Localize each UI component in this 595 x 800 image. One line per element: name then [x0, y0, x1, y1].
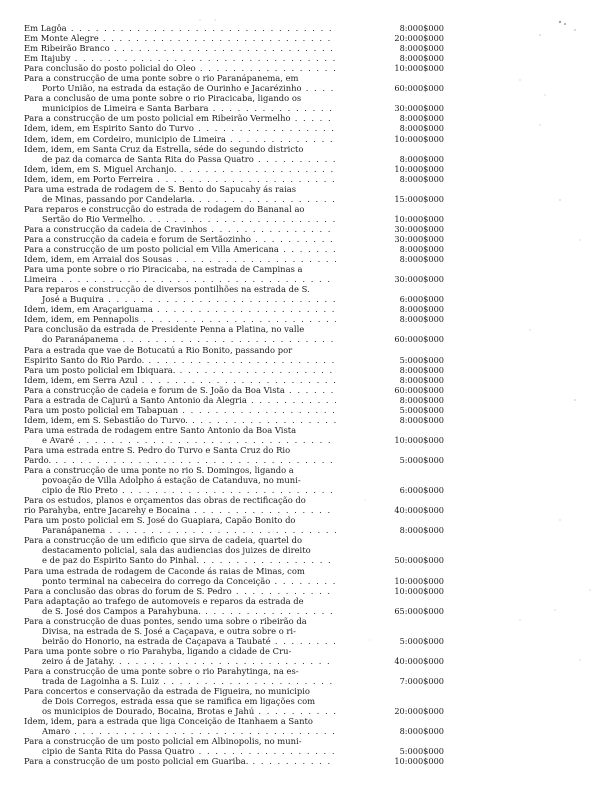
entry-amount: 60:000$000: [374, 385, 444, 395]
budget-entry: Em Lagôa8:000$000: [24, 23, 584, 33]
entry-description: Idem, idem, em Serra Azul: [24, 375, 336, 385]
entry-line: Idem, idem, em Pennapolis: [24, 314, 336, 324]
entry-amount: 10:000$000: [374, 134, 444, 144]
entry-amount: 10:000$000: [374, 586, 444, 596]
entry-line: destacamento policial, sala das audienci…: [24, 545, 336, 555]
entry-line: Para uma ponte sobre o rio Parahyba, lig…: [24, 646, 336, 656]
entry-line: de paz da comarca de Santa Rita do Passa…: [24, 154, 336, 164]
budget-entry: Idem, idem, em S. Miguel Archanjo.10:000…: [24, 164, 584, 174]
entry-description: Para a conclusão das obras do forum de S…: [24, 586, 336, 596]
entry-description: Para reparos e construcção de diversos p…: [24, 284, 336, 304]
entry-description: Para um posto policial em S. José do Gua…: [24, 515, 336, 535]
budget-entry: Para a construcção da cadeia e forum de …: [24, 234, 584, 244]
budget-entry: Idem, idem, em Serra Azul8:000$000: [24, 375, 584, 385]
entry-line: Para a construcção de uma ponte sobre o …: [24, 666, 336, 676]
budget-entry: Para a construcção de duas pontes, sendo…: [24, 616, 584, 646]
entry-description: Idem, idem, em Arraial dos Sousas: [24, 254, 336, 264]
budget-entry: Para a construcção de um posto policial …: [24, 756, 584, 766]
budget-entry: Para reparos e construcção de diversos p…: [24, 284, 584, 304]
entry-description: Idem, idem, em Espirito Santo do Turvo: [24, 123, 336, 133]
entry-description: Para a estrada de Cajurú a Santo Antonio…: [24, 395, 336, 405]
entry-amount: 8:000$000: [374, 113, 444, 123]
entry-line: beirão do Honorio, na estrada de Caçapav…: [24, 636, 336, 646]
entry-description: Para a construcção de um posto policial …: [24, 736, 336, 756]
entry-description: Para a construcção de um posto policial …: [24, 244, 336, 254]
entry-amount: 65:000$000: [374, 606, 444, 616]
entry-amount: 8:000$000: [374, 726, 444, 736]
entry-amount: 60:000$000: [374, 334, 444, 344]
budget-entry: Para a conclusão das obras do forum de S…: [24, 586, 584, 596]
budget-entry: Para uma estrada de rodagem de Caconde á…: [24, 566, 584, 586]
budget-entry: Para conclusão da estrada de Presidente …: [24, 324, 584, 344]
entry-amount: 8:000$000: [374, 123, 444, 133]
entry-amount: 50:000$000: [374, 555, 444, 565]
entry-amount: 8:000$000: [374, 53, 444, 63]
entry-description: Para uma estrada de rodagem entre Santo …: [24, 425, 336, 445]
entry-amount: 10:000$000: [374, 435, 444, 445]
entry-description: Para a construcção de uma ponte sobre o …: [24, 73, 336, 93]
entry-description: Idem, idem, em Pennapolis: [24, 314, 336, 324]
budget-entry: Para um posto policial em Ibiquara.8:000…: [24, 365, 584, 375]
budget-entry: Para os estudos, planos e orçamentos das…: [24, 495, 584, 515]
budget-entry: Para a construcção de um posto policial …: [24, 244, 584, 254]
entry-description: Para uma ponte sobre o rio Piracicaba, n…: [24, 264, 336, 284]
entry-line: Para uma ponte sobre o rio Piracicaba, n…: [24, 264, 336, 274]
entry-line: cipio de Rio Preto: [24, 485, 336, 495]
entry-line: municipios de Limeira e Santa Barbara: [24, 103, 336, 113]
budget-entry: Idem, idem, em Espirito Santo do Turvo8:…: [24, 123, 584, 133]
entry-line: de Minas, passando por Candelaria.: [24, 194, 336, 204]
budget-entry: Para reparos e construcção do estrada de…: [24, 204, 584, 224]
entry-line: de S. José dos Campos a Parahybuna.: [24, 606, 336, 616]
budget-entry: Idem, idem, em Pennapolis8:000$000: [24, 314, 584, 324]
entry-line: Para uma estrada de rodagem de S. Bento …: [24, 184, 336, 194]
budget-entry: Para a construcção de uma ponte sobre o …: [24, 73, 584, 93]
budget-entry: Para concertos e conservação da estrada …: [24, 686, 584, 716]
budget-entry: Idem, idem, em Porto Ferreira8:000$000: [24, 174, 584, 184]
entry-description: Para a construcção da cadeia e forum de …: [24, 234, 336, 244]
entry-amount: 5:000$000: [374, 636, 444, 646]
entry-line: Para adaptação ao trafego de automoveis …: [24, 596, 336, 606]
entry-description: Para a construcção de um posto policial …: [24, 113, 336, 123]
entry-line: Para reparos e construcção de diversos p…: [24, 284, 336, 294]
entry-line: Para a estrada de Cajurú a Santo Antonio…: [24, 395, 336, 405]
entry-amount: 10:000$000: [374, 576, 444, 586]
entry-amount: 8:000$000: [374, 304, 444, 314]
budget-entry: Em Itajuby8:000$000: [24, 53, 584, 63]
budget-entry: Para uma ponte sobre o rio Piracicaba, n…: [24, 264, 584, 284]
budget-entry: Para a construcção de um edificio que si…: [24, 535, 584, 565]
entry-line: e Avaré: [24, 435, 336, 445]
entry-amount: 7:000$000: [374, 676, 444, 686]
entry-line: Para concertos e conservação da estrada …: [24, 686, 336, 696]
entry-line: Em Monte Alegre: [24, 33, 336, 43]
budget-entry: Para conclusão do posto policial do Oleo…: [24, 63, 584, 73]
entry-amount: 30:000$000: [374, 234, 444, 244]
entry-line: Limeira: [24, 274, 336, 284]
entry-line: Para os estudos, planos e orçamentos das…: [24, 495, 336, 505]
document-page: Em Lagôa8:000$000Em Monte Alegre20:000$0…: [24, 23, 584, 766]
entry-amount: 8:000$000: [374, 23, 444, 33]
entry-line: Para uma estrada entre S. Pedro do Turvo…: [24, 445, 336, 455]
entry-line: os municipios de Dourado, Bocaina, Brota…: [24, 706, 336, 716]
entry-line: Porto União, na estrada da estação de Ou…: [24, 83, 336, 93]
entry-line: cipio de Santa Rita do Passa Quatro: [24, 746, 336, 756]
entry-line: Para a construcção de duas pontes, sendo…: [24, 616, 336, 626]
entry-description: Para conclusão da estrada de Presidente …: [24, 324, 336, 344]
entry-description: Para os estudos, planos e orçamentos das…: [24, 495, 336, 515]
entry-amount: 40:000$000: [374, 505, 444, 515]
entry-line: Pardo.: [24, 455, 336, 465]
entry-line: Em Itajuby: [24, 53, 336, 63]
entry-description: Para a construcção da cadeia de Cravinho…: [24, 224, 336, 234]
entry-line: Para reparos e construcção do estrada de…: [24, 204, 336, 214]
entry-line: trada de Lagoinha a S. Luiz: [24, 676, 336, 686]
entry-amount: 10:000$000: [374, 756, 444, 766]
entry-description: Idem, idem, em Santa Cruz da Estrella, s…: [24, 144, 336, 164]
entry-description: Em Ribeirão Branco: [24, 43, 336, 53]
entry-line: Idem, idem, em Serra Azul: [24, 375, 336, 385]
entry-line: Idem, idem, em Cordeiro, municipio de Li…: [24, 134, 336, 144]
entry-line: Idem, idem, em S. Miguel Archanjo.: [24, 164, 336, 174]
entry-description: Idem, idem, em S. Sebastião do Turvo.: [24, 415, 336, 425]
entry-line: Para a construcção de um posto policial …: [24, 244, 336, 254]
entry-line: Para um posto policial em Ibiquara.: [24, 365, 336, 375]
entry-line: povoação de Villa Adolpho á estação de C…: [24, 475, 336, 485]
entry-amount: 15:000$000: [374, 194, 444, 204]
budget-entry: Para adaptação ao trafego de automoveis …: [24, 596, 584, 616]
entry-amount: 5:000$000: [374, 355, 444, 365]
entry-line: Para a construcção de cadeia e forum de …: [24, 385, 336, 395]
entry-description: Para adaptação ao trafego de automoveis …: [24, 596, 336, 616]
budget-entry: Para a estrada de Cajurú a Santo Antonio…: [24, 395, 584, 405]
entry-line: de Dois Corregos, estrada essa que se ra…: [24, 696, 336, 706]
entry-amount: 30:000$000: [374, 224, 444, 234]
entry-line: Para a estrada que vae de Botucatú a Rio…: [24, 345, 336, 355]
entry-amount: 40:000$000: [374, 656, 444, 666]
entry-amount: 8:000$000: [374, 314, 444, 324]
entry-description: Para a construcção de cadeia e forum de …: [24, 385, 336, 395]
entry-description: Idem, idem, em Cordeiro, municipio de Li…: [24, 134, 336, 144]
budget-entry: Em Monte Alegre20:000$000: [24, 33, 584, 43]
entry-line: zeiro á de Jatahy.: [24, 656, 336, 666]
entry-amount: 5:000$000: [374, 746, 444, 756]
entry-amount: 8:000$000: [374, 154, 444, 164]
entry-description: Para concertos e conservação da estrada …: [24, 686, 336, 716]
entry-line: Para a construcção de uma ponte no rio S…: [24, 465, 336, 475]
entry-amount: 30:000$000: [374, 274, 444, 284]
entry-line: Para a conclusão de uma ponte sobre o ri…: [24, 93, 336, 103]
entry-amount: 6:000$000: [374, 294, 444, 304]
entry-line: Idem, idem, em Arraial dos Sousas: [24, 254, 336, 264]
entry-amount: 30:000$000: [374, 103, 444, 113]
entry-line: Paranápanema: [24, 525, 336, 535]
entry-amount: 6:000$000: [374, 485, 444, 495]
entry-amount: 8:000$000: [374, 365, 444, 375]
entry-line: Para a construcção de um posto policial …: [24, 113, 336, 123]
entry-amount: 5:000$000: [374, 405, 444, 415]
entry-amount: 20:000$000: [374, 33, 444, 43]
entry-line: Idem, idem, em Porto Ferreira: [24, 174, 336, 184]
entry-description: Em Monte Alegre: [24, 33, 336, 43]
budget-entry: Para um posto policial em Tabapuan5:000$…: [24, 405, 584, 415]
budget-entry: Idem, idem, em Araçariguama8:000$000: [24, 304, 584, 314]
entry-line: Divisa, na estrada de S. José a Caçapava…: [24, 626, 336, 636]
budget-entry: Para uma estrada de rodagem entre Santo …: [24, 425, 584, 445]
entry-line: Para a conclusão das obras do forum de S…: [24, 586, 336, 596]
entry-amount: 8:000$000: [374, 395, 444, 405]
entry-description: Para um posto policial em Tabapuan: [24, 405, 336, 415]
entry-line: Em Lagôa: [24, 23, 336, 33]
entry-description: Para uma estrada de rodagem de S. Bento …: [24, 184, 336, 204]
budget-entry: Idem, idem, em S. Sebastião do Turvo.8:0…: [24, 415, 584, 425]
entry-line: Para conclusão do posto policial do Oleo: [24, 63, 336, 73]
entry-line: Idem, idem, em Araçariguama: [24, 304, 336, 314]
budget-entry: Para a construcção de um posto policial …: [24, 736, 584, 756]
budget-entry: Idem, idem, para a estrada que liga Conc…: [24, 716, 584, 736]
entry-line: ponto terminal na cabeceira do corrego d…: [24, 576, 336, 586]
entry-amount: 10:000$000: [374, 214, 444, 224]
budget-entry: Em Ribeirão Branco8:000$000: [24, 43, 584, 53]
entry-amount: 8:000$000: [374, 415, 444, 425]
entry-amount: 10:000$000: [374, 164, 444, 174]
budget-entry: Para a construcção de um posto policial …: [24, 113, 584, 123]
entry-amount: 8:000$000: [374, 43, 444, 53]
entry-line: Amaro: [24, 726, 336, 736]
entry-description: Para a construcção de um edificio que si…: [24, 535, 336, 565]
entry-description: Para uma estrada de rodagem de Caconde á…: [24, 566, 336, 586]
entry-line: Em Ribeirão Branco: [24, 43, 336, 53]
entry-line: Para um posto policial em S. José do Gua…: [24, 515, 336, 525]
entry-line: Para a construcção da cadeia e forum de …: [24, 234, 336, 244]
budget-entry: Para a construcção de cadeia e forum de …: [24, 385, 584, 395]
entry-description: Para a estrada que vae de Botucatú a Rio…: [24, 345, 336, 365]
entry-line: rio Parahyba, entre Jacarehy e Bocaina: [24, 505, 336, 515]
budget-entry: Para a conclusão de uma ponte sobre o ri…: [24, 93, 584, 113]
entry-amount: 5:000$000: [374, 455, 444, 465]
entry-amount: 8:000$000: [374, 254, 444, 264]
entry-line: Para a construcção de um edificio que si…: [24, 535, 336, 545]
entry-description: Idem, idem, em S. Miguel Archanjo.: [24, 164, 336, 174]
entry-line: Idem, idem, para a estrada que liga Conc…: [24, 716, 336, 726]
entry-line: Idem, idem, em Espirito Santo do Turvo: [24, 123, 336, 133]
entry-description: Para um posto policial em Ibiquara.: [24, 365, 336, 375]
entry-amount: 60:000$000: [374, 83, 444, 93]
entry-line: Espirito Santo do Rio Pardo.: [24, 355, 336, 365]
entry-description: Para a construcção de um posto policial …: [24, 756, 336, 766]
budget-entry: Idem, idem, em Santa Cruz da Estrella, s…: [24, 144, 584, 164]
budget-entry: Idem, idem, em Cordeiro, municipio de Li…: [24, 134, 584, 144]
budget-entry: Para a estrada que vae de Botucatú a Rio…: [24, 345, 584, 365]
entry-line: Para uma estrada de rodagem de Caconde á…: [24, 566, 336, 576]
entry-line: Para a construcção da cadeia de Cravinho…: [24, 224, 336, 234]
budget-entry: Para um posto policial em S. José do Gua…: [24, 515, 584, 535]
entry-line: Para a construcção de um posto policial …: [24, 736, 336, 746]
entry-description: Para a construcção de uma ponte sobre o …: [24, 666, 336, 686]
entry-line: Para a construcção de uma ponte sobre o …: [24, 73, 336, 83]
entry-description: Para a conclusão de uma ponte sobre o ri…: [24, 93, 336, 113]
budget-entry: Para uma ponte sobre o rio Parahyba, lig…: [24, 646, 584, 666]
entry-line: e de paz do Espirito Santo do Pinhal.: [24, 555, 336, 565]
entry-description: Em Itajuby: [24, 53, 336, 63]
budget-entry: Para a construcção da cadeia de Cravinho…: [24, 224, 584, 234]
entry-description: Para uma estrada entre S. Pedro do Turvo…: [24, 445, 336, 465]
entry-amount: 10:000$000: [374, 63, 444, 73]
entry-description: Idem, idem, em Araçariguama: [24, 304, 336, 314]
entry-line: Sertão do Rio Vermelho.: [24, 214, 336, 224]
entry-description: Idem, idem, em Porto Ferreira: [24, 174, 336, 184]
entry-line: Para um posto policial em Tabapuan: [24, 405, 336, 415]
entry-line: Para a construcção de um posto policial …: [24, 756, 336, 766]
entry-description: Em Lagôa: [24, 23, 336, 33]
entry-amount: 20:000$000: [374, 706, 444, 716]
entry-description: Para reparos e construcção do estrada de…: [24, 204, 336, 224]
budget-entry: Idem, idem, em Arraial dos Sousas8:000$0…: [24, 254, 584, 264]
entry-description: Para a construcção de duas pontes, sendo…: [24, 616, 336, 646]
entry-description: Para uma ponte sobre o rio Parahyba, lig…: [24, 646, 336, 666]
entry-amount: 8:000$000: [374, 174, 444, 184]
entry-line: Idem, idem, em Santa Cruz da Estrella, s…: [24, 144, 336, 154]
budget-entry: Para uma estrada entre S. Pedro do Turvo…: [24, 445, 584, 465]
budget-entry: Para a construcção de uma ponte no rio S…: [24, 465, 584, 495]
entry-line: Para conclusão da estrada de Presidente …: [24, 324, 336, 334]
entry-line: José a Buquira: [24, 294, 336, 304]
entry-line: do Paranápanema: [24, 334, 336, 344]
entry-description: Idem, idem, para a estrada que liga Conc…: [24, 716, 336, 736]
entry-description: Para a construcção de uma ponte no rio S…: [24, 465, 336, 495]
entry-description: Para conclusão do posto policial do Oleo: [24, 63, 336, 73]
entry-amount: 8:000$000: [374, 375, 444, 385]
budget-entry: Para a construcção de uma ponte sobre o …: [24, 666, 584, 686]
entry-amount: 8:000$000: [374, 525, 444, 535]
budget-entry: Para uma estrada de rodagem de S. Bento …: [24, 184, 584, 204]
entry-line: Para uma estrada de rodagem entre Santo …: [24, 425, 336, 435]
entry-line: Idem, idem, em S. Sebastião do Turvo.: [24, 415, 336, 425]
entry-amount: 8:000$000: [374, 244, 444, 254]
